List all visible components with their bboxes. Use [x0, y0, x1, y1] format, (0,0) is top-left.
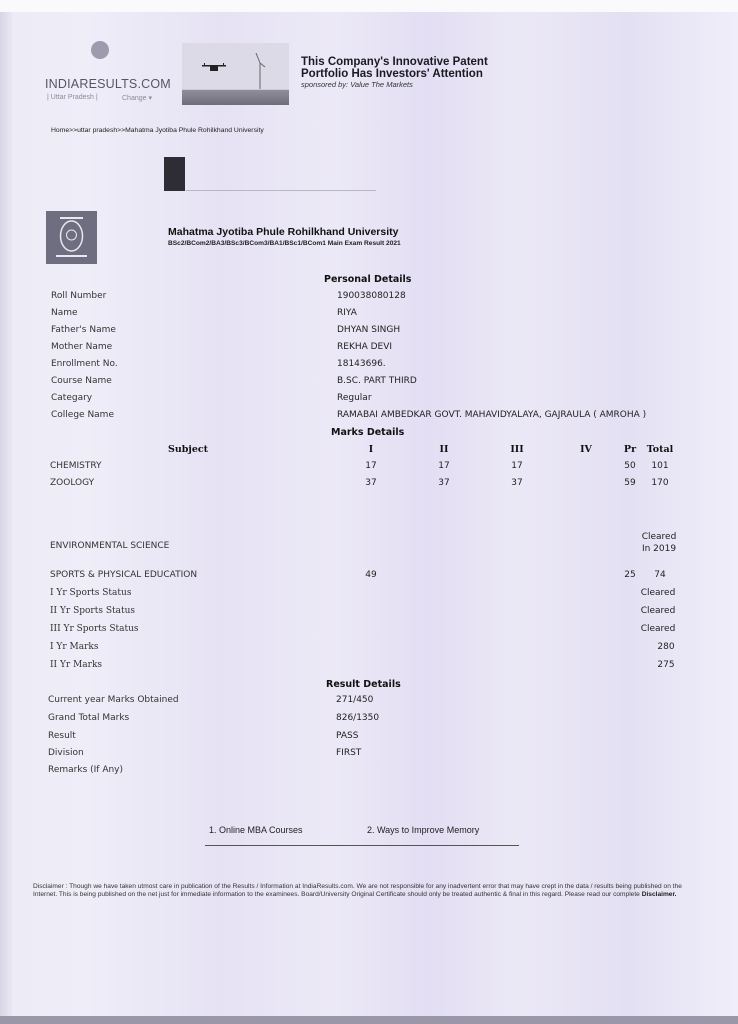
result-value: FIRST [336, 748, 361, 758]
marks-details-heading: Marks Details [331, 427, 404, 438]
result-label: Result [48, 731, 76, 741]
personal-value: REKHA DEVI [337, 342, 392, 352]
site-logo[interactable]: INDIARESULTS.COM [45, 77, 171, 91]
change-region-link[interactable]: Change ▾ [122, 94, 152, 102]
personal-label: Father's Name [51, 325, 116, 335]
exam-title: BSc2/BCom2/BA3/BSc3/BCom3/BA1/BSc1/BCom1… [168, 240, 401, 247]
extra-label: II Yr Marks [50, 660, 102, 670]
personal-label: Course Name [51, 376, 112, 386]
ad-headline[interactable]: This Company's Innovative Patent Portfol… [301, 56, 521, 80]
result-value: 826/1350 [336, 713, 379, 723]
column-header-total: Total [640, 444, 680, 455]
university-emblem [46, 211, 97, 264]
drone-icon [200, 63, 228, 73]
personal-value: Regular [337, 393, 372, 403]
extra-label: I Yr Sports Status [50, 588, 131, 598]
subject-name: ZOOLOGY [50, 478, 94, 488]
extra-value: 280 [646, 642, 686, 652]
column-header-ii: II [424, 444, 464, 455]
subject-total: Cleared In 2019 [639, 531, 679, 555]
breadcrumb-university[interactable]: Mahatma Jyotiba Phule Rohilkhand Univers… [125, 127, 264, 134]
extra-value: Cleared [638, 588, 678, 598]
personal-label: Roll Number [51, 291, 106, 301]
page-margin-top [0, 0, 738, 12]
subject-name: SPORTS & PHYSICAL EDUCATION [50, 570, 197, 580]
disclaimer-label: Disclaimer : [33, 883, 67, 890]
disclaimer-link[interactable]: Disclaimer. [642, 891, 677, 898]
mark-iii: 17 [497, 461, 537, 471]
personal-label: Name [51, 308, 78, 318]
personal-label: Mother Name [51, 342, 112, 352]
personal-label: College Name [51, 410, 114, 420]
result-label: Division [48, 748, 84, 758]
personal-label: Categary [51, 393, 92, 403]
mark-ii: 17 [424, 461, 464, 471]
column-header-iv: IV [566, 444, 606, 455]
thumbnail-image [164, 157, 185, 191]
mark-iii: 37 [497, 478, 537, 488]
page-edge-bottom [0, 1016, 738, 1024]
related-links-underline [205, 845, 519, 846]
mark-i: 17 [351, 461, 391, 471]
personal-value: DHYAN SINGH [337, 325, 400, 335]
subject-name: CHEMISTRY [50, 461, 102, 471]
extra-label: III Yr Sports Status [50, 624, 139, 634]
extra-label: II Yr Sports Status [50, 606, 135, 616]
column-header-iii: III [497, 444, 537, 455]
mark-i: 49 [351, 570, 391, 580]
page-margin-left [0, 12, 12, 1016]
personal-value: RAMABAI AMBEDKAR GOVT. MAHAVIDYALAYA, GA… [337, 410, 646, 420]
ad-sponsor: sponsored by: Value The Markets [301, 80, 413, 89]
mark-i: 37 [351, 478, 391, 488]
personal-details-heading: Personal Details [324, 274, 411, 285]
breadcrumb-state[interactable]: uttar pradesh [77, 127, 117, 134]
personal-value: 18143696. [337, 359, 386, 369]
subject-name: ENVIRONMENTAL SCIENCE [50, 541, 169, 551]
extra-label: I Yr Marks [50, 642, 98, 652]
subject-total: 170 [640, 478, 680, 488]
wind-turbine-icon [254, 53, 266, 89]
personal-value: 190038080128 [337, 291, 406, 301]
mark-ii: 37 [424, 478, 464, 488]
result-label: Grand Total Marks [48, 713, 129, 723]
result-value: 271/450 [336, 695, 373, 705]
personal-value: B.SC. PART THIRD [337, 376, 417, 386]
personal-value: RIYA [337, 308, 357, 318]
subject-total: 74 [640, 570, 680, 580]
university-name: Mahatma Jyotiba Phule Rohilkhand Univers… [168, 226, 398, 238]
personal-label: Enrollment No. [51, 359, 118, 369]
subject-total: 101 [640, 461, 680, 471]
result-label: Current year Marks Obtained [48, 695, 179, 705]
result-value: PASS [336, 731, 358, 741]
extra-value: 275 [646, 660, 686, 670]
breadcrumb: Home>>uttar pradesh>>Mahatma Jyotiba Phu… [51, 127, 264, 134]
extra-value: Cleared [638, 606, 678, 616]
emblem-icon [46, 211, 97, 264]
column-header-subject: Subject [168, 444, 208, 455]
column-header-i: I [351, 444, 391, 455]
divider [186, 190, 376, 191]
breadcrumb-home[interactable]: Home [51, 127, 69, 134]
extra-value: Cleared [638, 624, 678, 634]
result-label: Remarks (If Any) [48, 765, 123, 775]
ad-image[interactable] [182, 43, 289, 105]
result-details-heading: Result Details [326, 679, 401, 690]
site-logo-icon [91, 41, 109, 59]
region-label: | Uttar Pradesh | [47, 94, 98, 101]
disclaimer-text: Though we have taken utmost care in publ… [33, 883, 682, 898]
breadcrumb-separator: >> [69, 127, 77, 134]
related-link-mba[interactable]: 1. Online MBA Courses [209, 825, 303, 835]
breadcrumb-separator: >> [117, 127, 125, 134]
disclaimer: Disclaimer : Though we have taken utmost… [33, 883, 685, 899]
related-link-memory[interactable]: 2. Ways to Improve Memory [367, 825, 479, 835]
